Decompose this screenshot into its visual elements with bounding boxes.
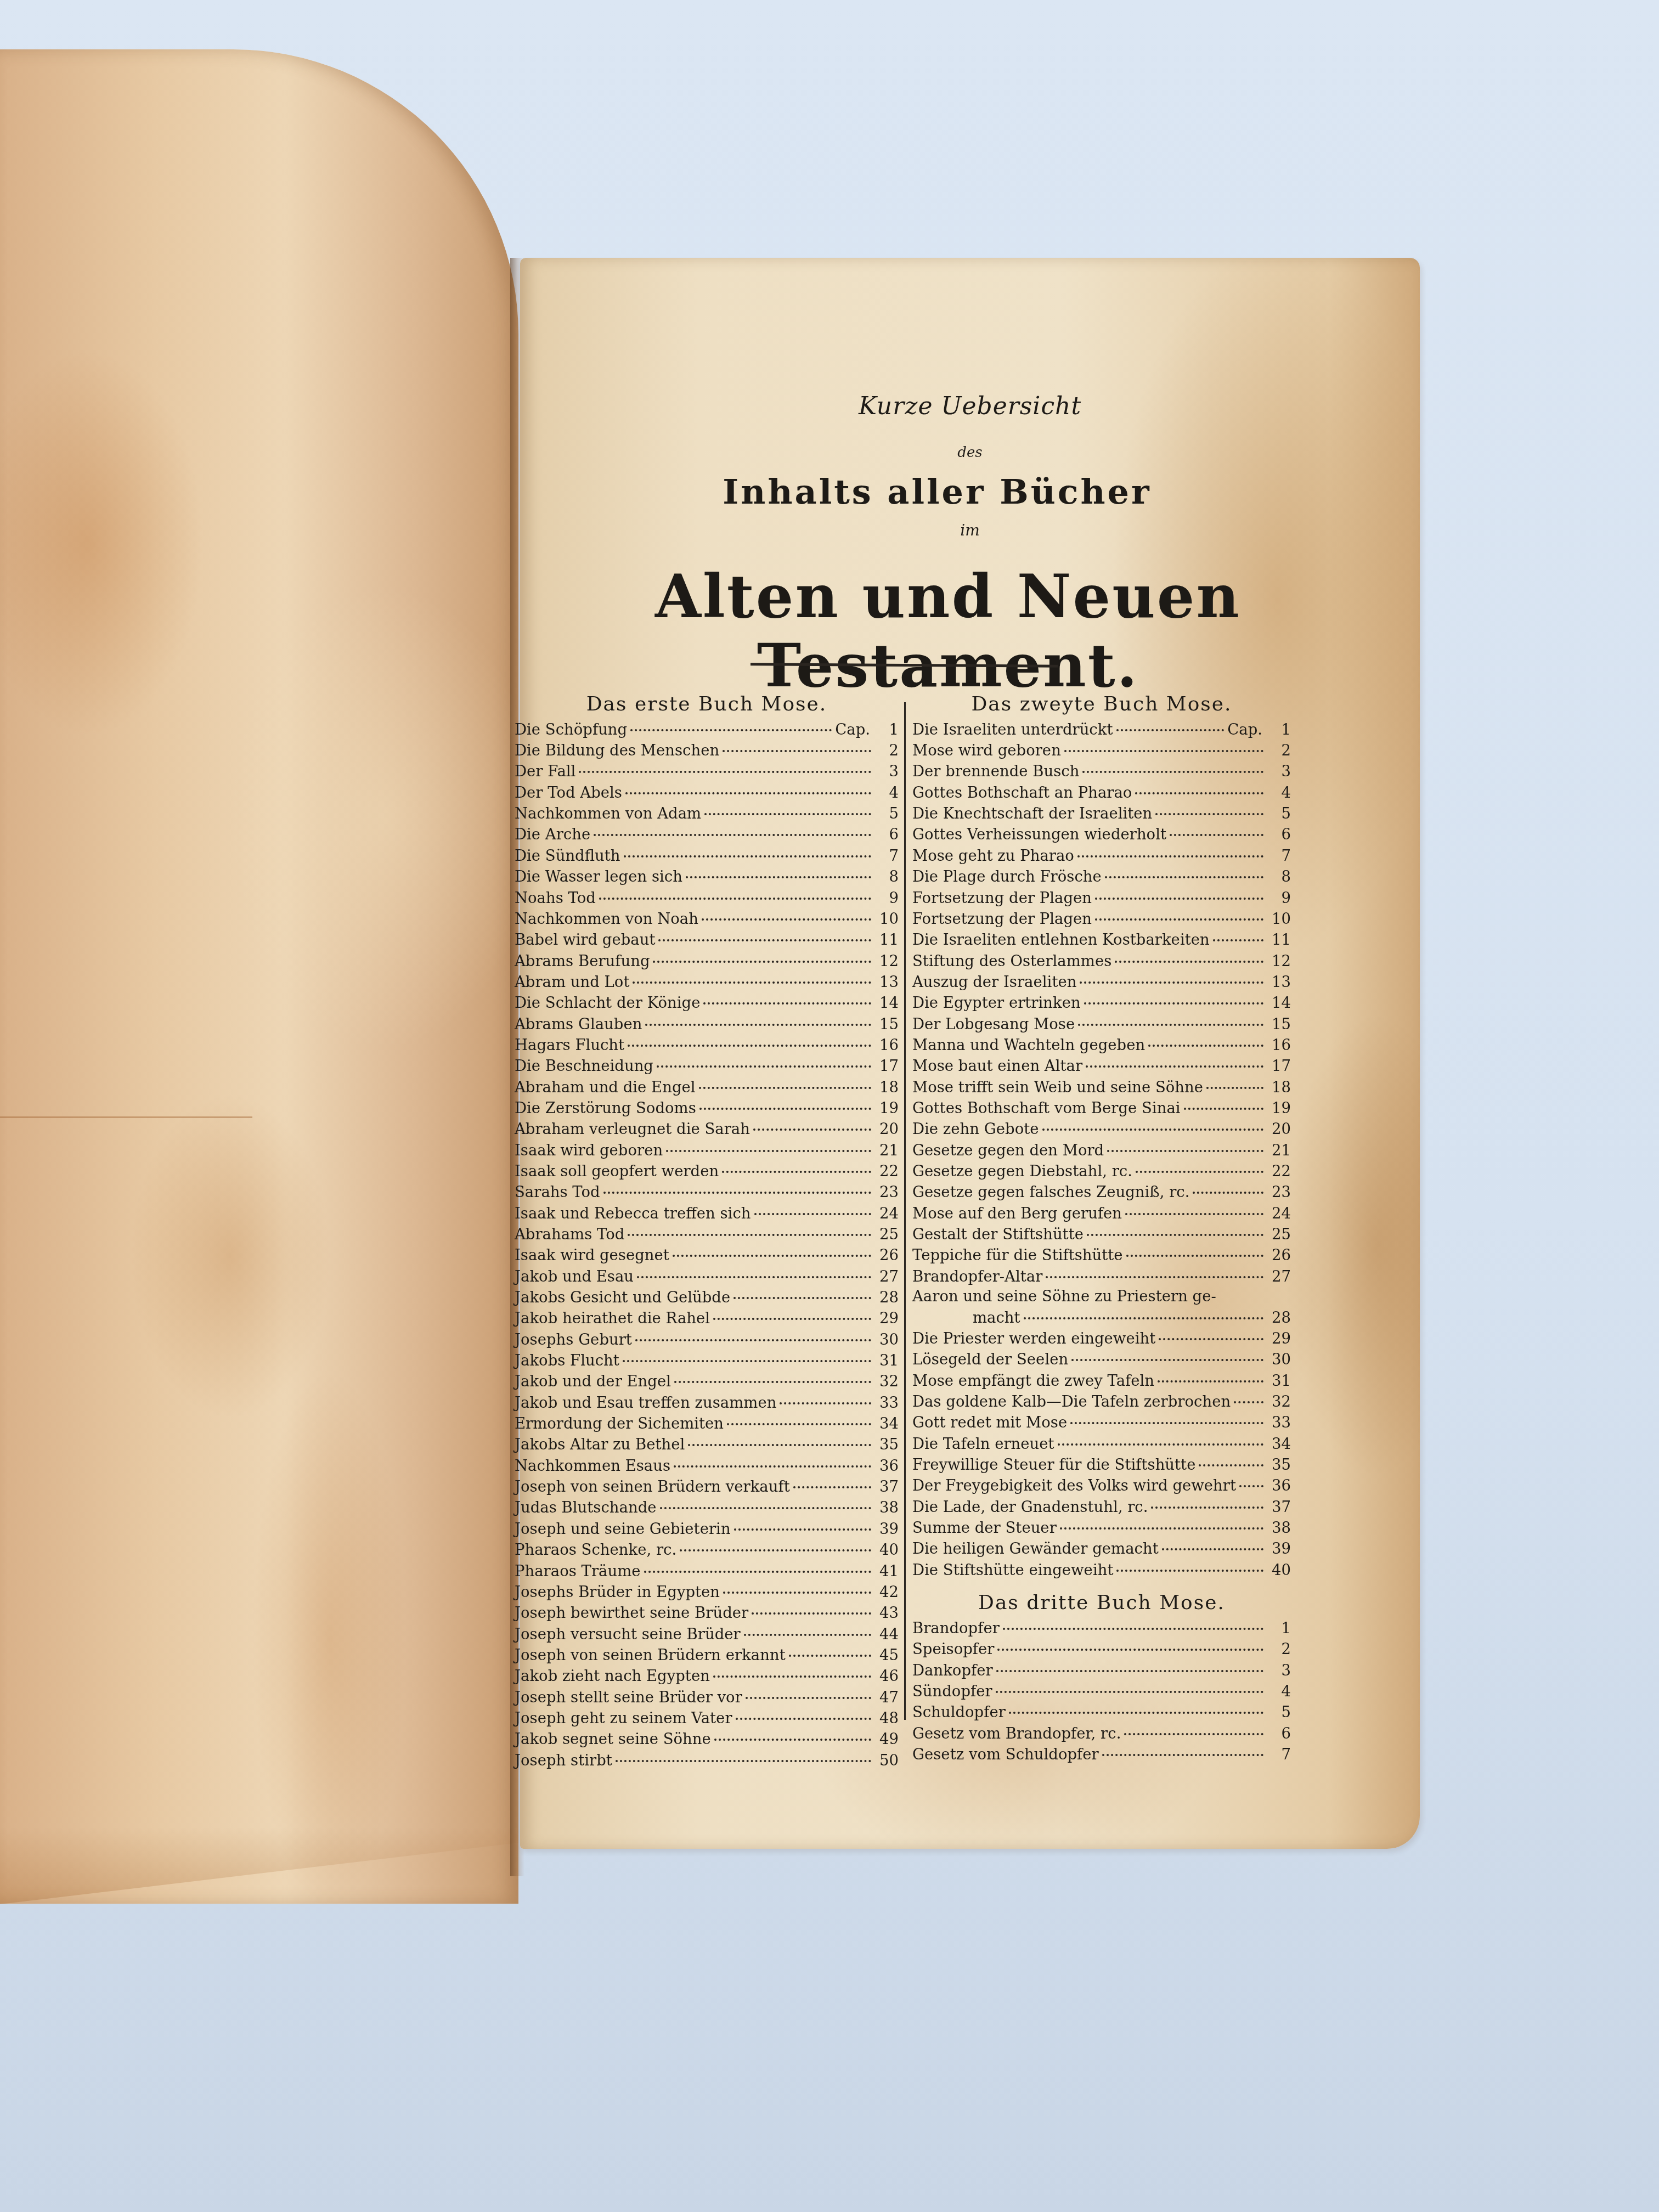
toc-entry-chapter-number: 16 xyxy=(1267,1035,1291,1056)
page-crease xyxy=(0,1116,252,1118)
dot-leader xyxy=(1003,1614,1263,1630)
dot-leader xyxy=(746,1683,871,1699)
subtitle-im: im xyxy=(520,521,1420,539)
toc-entry-title: Dankopfer xyxy=(912,1661,993,1681)
dot-leader xyxy=(624,842,871,857)
toc-entry-chapter-number: 28 xyxy=(1267,1308,1291,1328)
dot-leader xyxy=(1042,1115,1263,1131)
toc-entry-chapter-number: 6 xyxy=(1267,1724,1291,1744)
toc-entry-chapter-number: 2 xyxy=(874,741,899,761)
toc-entry-title: Mose empfängt die zwey Tafeln xyxy=(912,1371,1154,1391)
dot-leader xyxy=(1070,1409,1263,1425)
toc-entry-chapter-number: 32 xyxy=(874,1372,899,1392)
toc-entry-title: Die Stiftshütte eingeweiht xyxy=(912,1560,1113,1581)
dot-leader xyxy=(1135,778,1263,794)
toc-entry-title: Joseph bewirthet seine Brüder xyxy=(515,1603,748,1623)
toc-entry-title: Jakobs Gesicht und Gelübde xyxy=(515,1288,730,1308)
toc-entry-chapter-number: 2 xyxy=(1267,1639,1291,1660)
dot-leader xyxy=(1084,989,1263,1005)
toc-entry-title: Mose wird geboren xyxy=(912,741,1061,761)
section-heading-genesis: Das erste Buch Mose. xyxy=(515,691,899,718)
toc-entry-chapter-number: 5 xyxy=(1267,804,1291,824)
toc-list-genesis: Die SchöpfungCap.1Die Bildung des Mensch… xyxy=(515,719,899,1770)
toc-entry-title: Brandopfer xyxy=(912,1618,1000,1639)
toc-entry-chapter-number: 16 xyxy=(874,1035,899,1056)
toc-entry-chapter-number: 1 xyxy=(1267,1618,1291,1639)
dot-leader xyxy=(1155,799,1263,815)
dot-leader xyxy=(1184,1094,1263,1110)
toc-entry-chapter-number: 37 xyxy=(1267,1497,1291,1517)
dot-leader xyxy=(997,1635,1263,1651)
toc-entry-chapter-number: 24 xyxy=(874,1204,899,1224)
toc-entry-title: Isaak wird geboren xyxy=(515,1141,663,1161)
toc-entry-chapter-number: 36 xyxy=(874,1456,899,1476)
toc-entry-chapter-number: 3 xyxy=(1267,1661,1291,1681)
toc-entry-title: Speisopfer xyxy=(912,1639,994,1660)
dot-leader xyxy=(703,989,871,1005)
toc-entry-chapter-number: 40 xyxy=(1267,1560,1291,1581)
dot-leader xyxy=(1126,1242,1263,1257)
toc-entry-chapter-number: 15 xyxy=(1267,1014,1291,1035)
dot-leader xyxy=(1064,736,1263,752)
dot-leader xyxy=(1158,1367,1263,1383)
toc-entry-chapter-number: 22 xyxy=(874,1161,899,1182)
dot-leader xyxy=(1125,1199,1263,1215)
dot-leader xyxy=(658,926,871,941)
dot-leader xyxy=(1116,715,1224,731)
dot-leader xyxy=(1124,1719,1263,1735)
toc-entry-chapter-number: 32 xyxy=(1267,1392,1291,1412)
toc-entry-chapter-number: 34 xyxy=(874,1414,899,1434)
dot-leader xyxy=(1080,968,1263,984)
toc-entry-title: Abram und Lot xyxy=(515,972,629,992)
dot-leader xyxy=(680,1536,871,1551)
dot-leader xyxy=(674,1368,871,1384)
dot-leader xyxy=(1009,1699,1263,1714)
toc-entry-title: Abrams Glauben xyxy=(515,1014,642,1035)
dot-leader xyxy=(793,1472,871,1488)
toc-entry-chapter-number: 31 xyxy=(1267,1371,1291,1391)
dot-leader xyxy=(603,1178,871,1194)
toc-entry-title: Abrahams Tod xyxy=(515,1224,624,1245)
section-heading-exodus: Das zweyte Buch Mose. xyxy=(912,691,1291,718)
toc-entry-chapter-number: 49 xyxy=(874,1729,899,1750)
toc-entry-chapter-number: 3 xyxy=(1267,761,1291,782)
toc-entry-chapter-number: 7 xyxy=(1267,846,1291,866)
toc-entry-chapter-number: 23 xyxy=(874,1182,899,1203)
toc-entry-chapter-number: 45 xyxy=(874,1645,899,1666)
toc-entry-chapter-number: 8 xyxy=(1267,867,1291,887)
toc-entry-title: Die Knechtschaft der Israeliten xyxy=(912,804,1152,824)
toc-entry: Freywillige Steuer für die Stiftshütte35 xyxy=(912,1454,1291,1475)
toc-entry-title: Joseph versucht seine Brüder xyxy=(515,1624,741,1645)
toc-entry-title: Nachkommen Esaus xyxy=(515,1456,670,1476)
title-inhalts-aller-buecher: Inhalts aller Bücher xyxy=(487,472,1387,512)
dot-leader xyxy=(644,1557,871,1573)
dot-leader xyxy=(1151,1493,1263,1509)
toc-entry-title: Joseph stellt seine Brüder vor xyxy=(515,1688,742,1708)
toc-entry-title: Josephs Brüder in Egypten xyxy=(515,1582,720,1602)
dot-leader xyxy=(754,1199,872,1215)
toc-entry: Brandopfer-Altar27 xyxy=(912,1266,1291,1286)
toc-entry-title: Der Lobgesang Mose xyxy=(912,1014,1075,1035)
dot-leader xyxy=(673,1242,871,1257)
dot-leader xyxy=(623,1346,871,1362)
toc-entry-title: Schuldopfer xyxy=(912,1702,1006,1723)
dot-leader xyxy=(733,1283,871,1299)
dot-leader xyxy=(704,799,871,815)
dot-leader xyxy=(1105,862,1263,878)
dot-leader xyxy=(686,862,871,878)
dot-leader xyxy=(1116,1556,1263,1572)
dot-leader xyxy=(753,1115,871,1131)
dot-leader xyxy=(660,1494,871,1510)
toc-entry-chapter-number: 44 xyxy=(874,1624,899,1645)
dot-leader xyxy=(616,1746,871,1762)
toc-entry-chapter-number: 1 xyxy=(874,720,899,740)
toc-entry-title: Der brennende Busch xyxy=(912,761,1079,782)
toc-entry-chapter-number: 24 xyxy=(1267,1204,1291,1224)
toc-entry-title: Gesetze gegen den Mord xyxy=(912,1141,1104,1161)
toc-entry-title: Judas Blutschande xyxy=(515,1498,657,1518)
toc-entry-chapter-number: 18 xyxy=(874,1077,899,1098)
toc-entry-title: Der Fall xyxy=(515,761,575,782)
toc-entry-title: Noahs Tod xyxy=(515,888,596,909)
toc-entry-chapter-number: 7 xyxy=(874,846,899,866)
toc-entry-title: Jakob zieht nach Egypten xyxy=(515,1666,710,1686)
toc-entry-chapter-number: 8 xyxy=(874,867,899,887)
dot-leader xyxy=(625,778,871,794)
toc-entry-title: Die Arche xyxy=(515,825,590,845)
toc-entry-title: Jakob und der Engel xyxy=(515,1372,671,1392)
toc-entry-chapter-number: 35 xyxy=(874,1435,899,1455)
toc-entry-title: Gott redet mit Mose xyxy=(912,1413,1067,1433)
dot-leader xyxy=(1234,1387,1263,1403)
toc-entry-title: Die Schöpfung xyxy=(515,720,627,740)
dot-leader xyxy=(996,1677,1263,1693)
toc-entry-title: Babel wird gebaut xyxy=(515,930,655,950)
toc-entry-chapter-number: 27 xyxy=(1267,1267,1291,1287)
dot-leader xyxy=(628,1031,871,1047)
toc-entry-chapter-number: 25 xyxy=(1267,1224,1291,1245)
toc-entry-title: Jakobs Flucht xyxy=(515,1351,619,1371)
dot-leader xyxy=(1206,1073,1263,1089)
dot-leader xyxy=(635,1325,871,1341)
toc-entry-chapter-number: 30 xyxy=(1267,1350,1291,1370)
toc-entry-chapter-number: 19 xyxy=(874,1098,899,1119)
dot-leader xyxy=(1087,1220,1263,1236)
dot-leader xyxy=(1115,947,1263,963)
dot-leader xyxy=(1170,821,1263,837)
toc-entry-title: Die Sündfluth xyxy=(515,846,620,866)
left-page-blank xyxy=(0,49,518,1904)
dot-leader xyxy=(1213,926,1263,941)
toc-entry: Gesetz vom Schuldopfer7 xyxy=(912,1743,1291,1764)
toc-entry-chapter-number: 9 xyxy=(1267,888,1291,909)
page-title: Alten und Neuen Testament. xyxy=(498,562,1398,701)
toc-entry-title: Mose baut einen Altar xyxy=(912,1056,1082,1076)
dot-leader xyxy=(1071,1346,1263,1362)
toc-entry-title: Der Tod Abels xyxy=(515,783,622,803)
dot-leader xyxy=(1086,1052,1263,1068)
dot-leader xyxy=(752,1599,871,1615)
toc-entry-chapter-number: 47 xyxy=(874,1688,899,1708)
dot-leader xyxy=(702,905,871,921)
toc-entry-chapter-number: 28 xyxy=(874,1288,899,1308)
toc-entry-title: Die Beschneidung xyxy=(515,1056,653,1076)
toc-entry-chapter-number: 35 xyxy=(1267,1455,1291,1475)
toc-entry-chapter-number: 14 xyxy=(874,993,899,1013)
toc-entry-title: Gesetz vom Schuldopfer xyxy=(912,1745,1099,1765)
dot-leader xyxy=(780,1389,871,1404)
toc-entry-chapter-number: 11 xyxy=(1267,930,1291,950)
toc-entry-title: Lösegeld der Seelen xyxy=(912,1350,1068,1370)
toc-entry-chapter-number: 33 xyxy=(1267,1413,1291,1433)
toc-entry-chapter-number: 4 xyxy=(1267,1681,1291,1702)
toc-entry-chapter-number: 9 xyxy=(874,888,899,909)
subtitle-des: des xyxy=(520,444,1420,461)
dot-leader xyxy=(628,1220,871,1236)
toc-entry-chapter-number: 12 xyxy=(1267,951,1291,972)
toc-entry-chapter-number: 6 xyxy=(874,825,899,845)
dot-leader xyxy=(734,1515,871,1531)
toc-entry-title: Abrams Berufung xyxy=(515,951,650,972)
toc-entry-title: Sarahs Tod xyxy=(515,1182,600,1203)
toc-entry-chapter-number: 39 xyxy=(1267,1539,1291,1559)
toc-entry-title: Die Plage durch Frösche xyxy=(912,867,1102,887)
dot-leader xyxy=(1199,1451,1263,1466)
dot-leader xyxy=(579,758,871,774)
toc-entry-title: Joseph geht zu seinem Vater xyxy=(515,1708,732,1729)
toc-entry-chapter-number: 26 xyxy=(1267,1245,1291,1266)
dot-leader xyxy=(723,1578,871,1594)
toc-entry-chapter-number: 40 xyxy=(874,1540,899,1560)
dot-leader xyxy=(688,1431,871,1447)
dot-leader xyxy=(1078,1010,1263,1026)
dot-leader xyxy=(630,715,832,731)
toc-entry-chapter-number: 15 xyxy=(874,1014,899,1035)
toc-entry-chapter-number: 31 xyxy=(874,1351,899,1371)
toc-entry-chapter-number: 2 xyxy=(1267,741,1291,761)
dot-leader xyxy=(727,1409,871,1425)
dot-leader xyxy=(723,736,871,752)
toc-entry-chapter-number: 39 xyxy=(874,1519,899,1539)
dot-leader xyxy=(653,947,871,963)
toc-entry-title: Joseph stirbt xyxy=(515,1751,612,1771)
dot-leader xyxy=(1159,1324,1263,1340)
toc-entry-chapter-number: 46 xyxy=(874,1666,899,1686)
toc-entry-chapter-number: 13 xyxy=(874,972,899,992)
toc-entry-chapter-number: 10 xyxy=(1267,909,1291,929)
dot-leader xyxy=(713,1662,871,1678)
toc-entry-chapter-number: 3 xyxy=(874,761,899,782)
dot-leader xyxy=(1060,1514,1263,1530)
dot-leader xyxy=(1162,1535,1263,1551)
toc-entry-chapter-number: 4 xyxy=(1267,783,1291,803)
toc-entry: Joseph stirbt50 xyxy=(515,1750,899,1770)
dot-leader xyxy=(1024,1304,1263,1319)
dot-leader xyxy=(699,1094,871,1110)
dot-leader xyxy=(666,1136,871,1152)
toc-entry-chapter-number: 30 xyxy=(874,1330,899,1350)
toc-entry-chapter-number: 6 xyxy=(1267,825,1291,845)
toc-entry-title: Fortsetzung der Plagen xyxy=(912,888,1092,909)
toc-entry-title: Mose trifft sein Weib und seine Söhne xyxy=(912,1077,1203,1098)
toc-entry-title: Josephs Geburt xyxy=(515,1330,632,1350)
toc-entry-title: Freywillige Steuer für die Stiftshütte xyxy=(912,1455,1195,1475)
toc-entry-chapter-number: 29 xyxy=(1267,1329,1291,1349)
dot-leader xyxy=(594,821,871,837)
toc-entry-title: Mose geht zu Pharao xyxy=(912,846,1074,866)
column-exodus-leviticus: Das zweyte Buch Mose. Die Israeliten unt… xyxy=(912,691,1291,1765)
toc-entry-chapter-number: 7 xyxy=(1267,1745,1291,1765)
toc-entry-chapter-number: 1 xyxy=(1267,720,1291,740)
toc-entry-title: Gesetz vom Brandopfer, rc. xyxy=(912,1724,1121,1744)
toc-entry-chapter-number: 17 xyxy=(874,1056,899,1076)
dot-leader xyxy=(1046,1262,1263,1278)
toc-entry-chapter-number: 4 xyxy=(874,783,899,803)
dot-leader xyxy=(645,1010,871,1026)
toc-entry-title: Gesetze gegen Diebstahl, rc. xyxy=(912,1161,1132,1182)
toc-entry-chapter-number: 18 xyxy=(1267,1077,1291,1098)
dot-leader xyxy=(1193,1178,1263,1194)
toc-entry-title: Hagars Flucht xyxy=(515,1035,624,1056)
toc-entry-title: Die Zerstörung Sodoms xyxy=(515,1098,696,1119)
dot-leader xyxy=(744,1620,871,1636)
dot-leader xyxy=(657,1052,871,1068)
toc-entry-chapter-number: 38 xyxy=(874,1498,899,1518)
dot-leader xyxy=(599,884,871,900)
toc-entry-chapter-number: 50 xyxy=(874,1751,899,1771)
toc-entry-chapter-number: 21 xyxy=(1267,1141,1291,1161)
toc-entry-chapter-number: 34 xyxy=(1267,1434,1291,1454)
dot-leader xyxy=(633,968,871,984)
dot-leader xyxy=(789,1641,871,1657)
dot-leader xyxy=(1058,1430,1263,1446)
toc-entry-chapter-number: 36 xyxy=(1267,1476,1291,1496)
dot-leader xyxy=(713,1305,871,1321)
toc-entry-chapter-number: 20 xyxy=(1267,1119,1291,1139)
toc-entry-title: Jakob und Esau xyxy=(515,1267,634,1287)
toc-entry-chapter-number: 17 xyxy=(1267,1056,1291,1076)
dot-leader xyxy=(1148,1031,1263,1047)
right-page-table-of-contents: Kurze Uebersicht des Inhalts aller Büche… xyxy=(520,258,1420,1849)
dot-leader xyxy=(1136,1157,1263,1173)
subtitle-kurze-uebersicht: Kurze Uebersicht xyxy=(520,392,1420,420)
toc-entry-title: Abraham und die Engel xyxy=(515,1077,696,1098)
dot-leader xyxy=(637,1262,871,1278)
toc-entry-chapter-number: 14 xyxy=(1267,993,1291,1013)
toc-entry-title: Summe der Steuer xyxy=(912,1518,1057,1538)
toc-entry-title: Pharaos Träume xyxy=(515,1561,641,1582)
dot-leader xyxy=(1077,842,1263,857)
dot-leader xyxy=(1239,1472,1263,1488)
toc-entry-chapter-number: 10 xyxy=(874,909,899,929)
dot-leader xyxy=(996,1656,1263,1672)
dot-leader xyxy=(1082,758,1263,774)
toc-entry-chapter-number: 33 xyxy=(874,1393,899,1413)
dot-leader xyxy=(1095,884,1263,900)
dot-leader xyxy=(714,1725,871,1741)
toc-entry-chapter-number: 29 xyxy=(874,1308,899,1329)
dot-leader xyxy=(1220,1285,1263,1299)
toc-entry-chapter-number: 37 xyxy=(874,1477,899,1497)
dot-leader xyxy=(736,1704,871,1720)
toc-entry-chapter-number: 19 xyxy=(1267,1098,1291,1119)
toc-entry-chapter-number: 12 xyxy=(874,951,899,972)
toc-entry-chapter-number: 26 xyxy=(874,1245,899,1266)
toc-entry-chapter-number: 48 xyxy=(874,1708,899,1729)
column-genesis: Das erste Buch Mose. Die SchöpfungCap.1D… xyxy=(515,691,899,1770)
toc-entry-title: Jakobs Altar zu Bethel xyxy=(515,1435,685,1455)
dot-leader xyxy=(699,1073,871,1089)
toc-entry-chapter-number: 42 xyxy=(874,1582,899,1602)
toc-list-leviticus: Brandopfer1Speisopfer2Dankopfer3Sündopfe… xyxy=(912,1617,1291,1764)
toc-entry-title: macht xyxy=(912,1308,1020,1328)
toc-entry-title: Die Tafeln erneuet xyxy=(912,1434,1054,1454)
toc-entry-chapter-number: 21 xyxy=(874,1141,899,1161)
toc-entry-chapter-number: 27 xyxy=(874,1267,899,1287)
toc-entry-chapter-number: 5 xyxy=(1267,1702,1291,1723)
toc-entry-chapter-number: 23 xyxy=(1267,1182,1291,1203)
dot-leader xyxy=(1107,1136,1263,1152)
column-divider xyxy=(904,702,906,1720)
toc-entry-chapter-number: 22 xyxy=(1267,1161,1291,1182)
toc-entry-title: Die zehn Gebote xyxy=(912,1119,1039,1139)
toc-entry-title: Auszug der Israeliten xyxy=(912,972,1076,992)
toc-entry-chapter-number: 13 xyxy=(1267,972,1291,992)
toc-entry-chapter-number: 43 xyxy=(874,1603,899,1623)
toc-list-exodus: Die Israeliten unterdrücktCap.1Mose wird… xyxy=(912,719,1291,1580)
toc-entry-chapter-number: 41 xyxy=(874,1561,899,1582)
toc-entry: Die Stiftshütte eingeweiht40 xyxy=(912,1559,1291,1580)
toc-entry-title: Die Egypter ertrinken xyxy=(912,993,1081,1013)
toc-entry-chapter-number: 25 xyxy=(874,1224,899,1245)
section-heading-leviticus: Das dritte Buch Mose. xyxy=(912,1590,1291,1616)
toc-entry-title: Fortsetzung der Plagen xyxy=(912,909,1092,929)
dot-leader xyxy=(1102,1740,1263,1756)
dot-leader xyxy=(722,1157,871,1173)
toc-entry-chapter-number: 20 xyxy=(874,1119,899,1139)
toc-entry-title: Gottes Bothschaft an Pharao xyxy=(912,783,1132,803)
toc-entry-title: Sündopfer xyxy=(912,1681,992,1702)
toc-entry-chapter-number: 11 xyxy=(874,930,899,950)
toc-entry-chapter-number: 5 xyxy=(874,804,899,824)
dot-leader xyxy=(674,1452,871,1468)
toc-entry-title: Brandopfer-Altar xyxy=(912,1267,1042,1287)
dot-leader xyxy=(1095,905,1263,921)
toc-entry-chapter-number: 38 xyxy=(1267,1518,1291,1538)
toc-entry-title: Gestalt der Stiftshütte xyxy=(912,1224,1084,1245)
